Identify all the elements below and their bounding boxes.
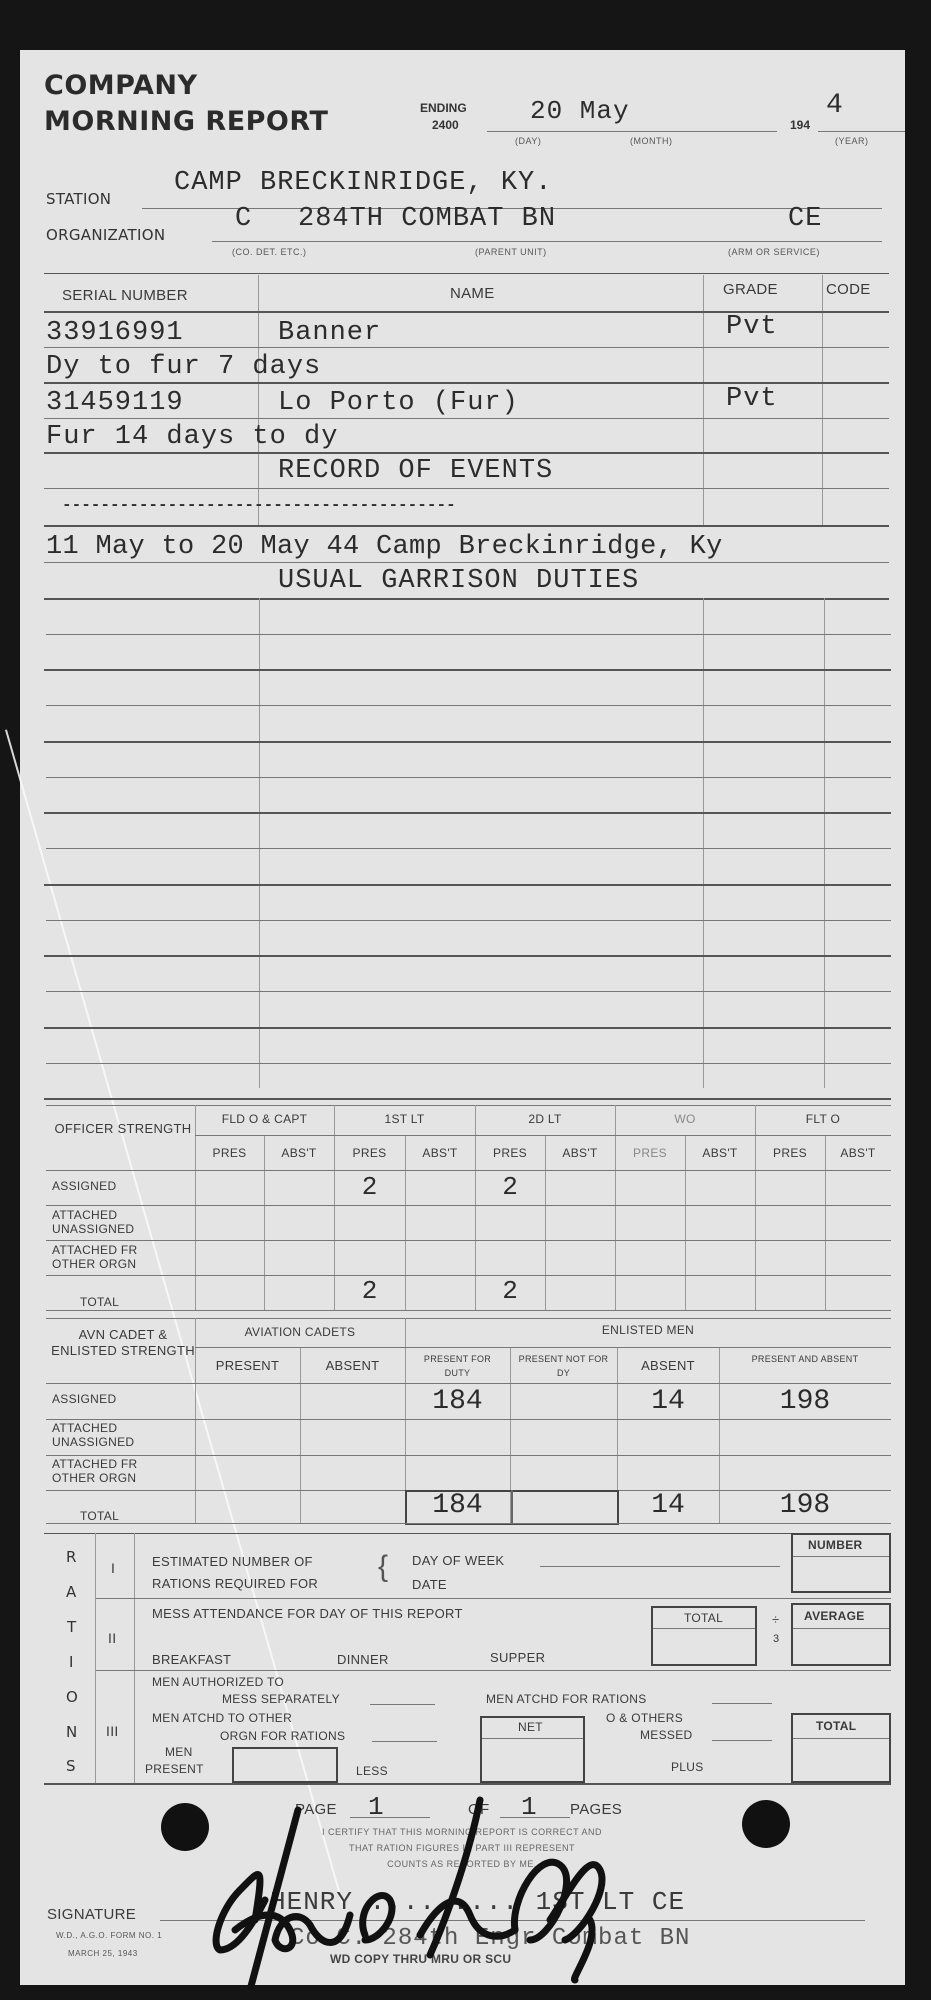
record-line-1: 11 May to 20 May 44 Camp Breckinridge, K… [46, 532, 723, 562]
row-rule [44, 562, 889, 563]
entry-serial: 33916991 [46, 318, 184, 348]
signature-label: SIGNATURE [47, 1906, 136, 1923]
row-rule [44, 669, 891, 671]
sub-pres: PRES [334, 1146, 405, 1160]
col-present-not-for-dy: PRESENT NOT FOR DY [515, 1352, 612, 1380]
row-label-attached-other: ATTACHED FR OTHER ORGN [52, 1243, 162, 1271]
row-rule [44, 488, 889, 489]
col-present-for-duty: PRESENT FOR DUTY [415, 1352, 500, 1380]
table-rule [46, 1170, 891, 1171]
row-rule [46, 848, 891, 849]
group-2d-lt: 2D LT [475, 1112, 615, 1126]
men-present-box[interactable] [232, 1747, 338, 1783]
number-label: NUMBER [808, 1538, 862, 1552]
station-label: STATION [46, 190, 111, 208]
table-top-rule [44, 273, 889, 274]
sub-abst: ABS'T [264, 1146, 334, 1160]
assigned-present-and-absent[interactable]: 198 [719, 1386, 891, 1417]
sub-pres: PRES [195, 1146, 264, 1160]
table-rule [46, 1205, 891, 1206]
table-rule [44, 1533, 891, 1534]
table-rule [46, 1523, 891, 1524]
men-present-b: PRESENT [145, 1762, 204, 1776]
assigned-present-for-duty[interactable]: 184 [405, 1386, 510, 1417]
year-digit[interactable]: 4 [826, 90, 844, 121]
column-serial-number: SERIAL NUMBER [62, 287, 188, 304]
assigned-1st-lt-pres[interactable]: 2 [334, 1172, 405, 1202]
col-divider [264, 1135, 265, 1310]
entry-remark: Fur 14 days to dy [46, 422, 338, 452]
section-1-text-a: ESTIMATED NUMBER OF [152, 1554, 313, 1569]
group-enlisted-men: ENLISTED MEN [405, 1323, 891, 1337]
officer-strength-label: OFFICER STRENGTH [48, 1120, 198, 1137]
box-divider [511, 1490, 513, 1523]
year-caption: (YEAR) [835, 136, 869, 146]
divisor: 3 [773, 1633, 779, 1645]
divide-symbol: ÷ [772, 1612, 779, 1627]
row-rule [46, 634, 891, 635]
orgn-for-rations-field[interactable] [372, 1741, 437, 1742]
day-of-week-field[interactable] [540, 1566, 780, 1567]
organization-arm[interactable]: CE [788, 204, 822, 234]
side-letter-i: I [69, 1653, 74, 1671]
table-rule [96, 1670, 891, 1671]
table-rule [195, 1135, 891, 1136]
form-number: W.D., A.G.O. FORM NO. 1 [56, 1931, 162, 1940]
plus-label: PLUS [671, 1760, 704, 1774]
table-rule [46, 1383, 891, 1384]
col-divider-3 [824, 598, 825, 1088]
brace: { [378, 1550, 388, 1584]
month-caption: (MONTH) [630, 136, 673, 146]
col-divider [685, 1135, 686, 1310]
side-letter-s: S [66, 1757, 76, 1775]
col-divider-2 [703, 598, 704, 1088]
group-wo: WO [615, 1112, 755, 1126]
row-rule [44, 598, 889, 600]
organization-underline [212, 241, 882, 242]
row-label-attached-other: ATTACHED FR OTHER ORGN [52, 1457, 162, 1485]
side-letter-t: T [67, 1618, 76, 1636]
side-letter-o: O [66, 1688, 78, 1706]
day-of-week-label: DAY OF WEEK [412, 1553, 504, 1568]
table-rule [46, 1310, 891, 1311]
row-rule [44, 812, 891, 814]
others-a: O & OTHERS [606, 1711, 683, 1725]
organization-parent-unit[interactable]: 284TH COMBAT BN [298, 204, 556, 234]
table-rule [46, 1318, 891, 1319]
sub-pres: PRES [475, 1146, 545, 1160]
less-label: LESS [356, 1764, 388, 1778]
record-of-events-heading: RECORD OF EVENTS [278, 456, 553, 486]
station-value[interactable]: CAMP BRECKINRIDGE, KY. [174, 168, 552, 198]
section-1-numeral: I [111, 1560, 115, 1576]
table-rule [46, 1419, 891, 1420]
total-label: TOTAL [684, 1611, 723, 1625]
organization-company[interactable]: C [235, 204, 252, 234]
row-rule [44, 525, 889, 527]
section-2-numeral: II [108, 1630, 116, 1646]
company-caption: (CO. DET. ETC.) [232, 247, 307, 257]
col-divider [405, 1135, 406, 1310]
col-divider [300, 1347, 301, 1523]
table-rule [195, 1347, 891, 1348]
section-3-total-label: TOTAL [816, 1719, 856, 1733]
punch-hole-right [742, 1800, 790, 1848]
form-title-line2: MORNING REPORT [44, 108, 328, 135]
row-rule [46, 705, 891, 706]
entry-grade: Pvt [726, 384, 778, 414]
table-rule [96, 1598, 891, 1599]
box-rule [793, 1738, 889, 1739]
box-rule [793, 1556, 889, 1557]
row-rule [46, 777, 891, 778]
table-rule [46, 1275, 891, 1276]
row-rule [44, 884, 891, 886]
entry-grade: Pvt [726, 312, 778, 342]
box-rule [793, 1628, 889, 1629]
atchd-rations-label: MEN ATCHD FOR RATIONS [486, 1692, 647, 1706]
enlisted-strength-label: AVN CADET & ENLISTED STRENGTH [48, 1327, 198, 1359]
col-cadets-present: PRESENT [195, 1358, 300, 1373]
men-present-a: MEN [165, 1745, 193, 1759]
row-label-attached-unassigned: ATTACHED UNASSIGNED [52, 1208, 162, 1236]
net-label: NET [518, 1720, 543, 1734]
col-divider [825, 1135, 826, 1310]
entry-remark: Dy to fur 7 days [46, 352, 321, 382]
breakfast-label: BREAKFAST [152, 1652, 231, 1667]
average-label: AVERAGE [804, 1609, 865, 1623]
col-divider [195, 1318, 196, 1523]
row-label-total: TOTAL [80, 1509, 119, 1523]
date-label: DATE [412, 1577, 447, 1592]
sub-abst: ABS'T [405, 1146, 475, 1160]
organization-label: ORGANIZATION [46, 226, 165, 244]
row-label-total: TOTAL [80, 1295, 119, 1309]
total-present-and-absent[interactable]: 198 [719, 1490, 891, 1521]
row-rule [44, 452, 889, 454]
column-code: CODE [826, 281, 871, 298]
column-grade: GRADE [723, 281, 778, 298]
group-fld-o-capt: FLD O & CAPT [195, 1112, 334, 1126]
sub-pres: PRES [755, 1146, 825, 1160]
date-underline [487, 131, 777, 132]
auth-text-a: MEN AUTHORIZED TO [152, 1675, 284, 1689]
mess-attendance-text: MESS ATTENDANCE FOR DAY OF THIS REPORT [152, 1606, 463, 1621]
row-rule [44, 741, 891, 743]
group-flt-o: FLT O [755, 1112, 891, 1126]
box-rule [482, 1738, 583, 1739]
col-divider [134, 1533, 135, 1783]
parent-caption: (PARENT UNIT) [475, 247, 547, 257]
col-present-and-absent: PRESENT AND ABSENT [730, 1352, 880, 1366]
col-divider [95, 1533, 96, 1783]
total-2d-lt-pres[interactable]: 2 [475, 1276, 545, 1306]
arm-caption: (ARM OR SERVICE) [728, 247, 820, 257]
others-messed-field[interactable] [712, 1740, 772, 1741]
assigned-absent[interactable]: 14 [617, 1386, 719, 1417]
row-rule [44, 347, 889, 348]
side-letter-r: R [66, 1548, 77, 1566]
row-rule [46, 1063, 891, 1064]
record-separator: ----------------------------------------… [62, 496, 456, 514]
total-absent[interactable]: 14 [617, 1490, 719, 1521]
col-cadets-absent: ABSENT [300, 1358, 405, 1373]
table-rule [46, 1455, 891, 1456]
year-prefix: 194 [790, 118, 810, 132]
group-aviation-cadets: AVIATION CADETS [195, 1325, 405, 1339]
auth-text-b: MESS SEPARATELY [222, 1692, 340, 1706]
col-divider [545, 1135, 546, 1310]
row-label-assigned: ASSIGNED [52, 1392, 116, 1406]
entry-name: Banner [278, 318, 381, 348]
column-name: NAME [450, 285, 495, 302]
row-rule [44, 1098, 891, 1100]
form-title-line1: COMPANY [44, 72, 198, 99]
side-letter-n: N [66, 1723, 78, 1741]
row-rule [44, 1027, 891, 1029]
sub-abst: ABS'T [685, 1146, 755, 1160]
sub-abst: ABS'T [545, 1146, 615, 1160]
ending-time: 2400 [432, 118, 459, 132]
section-1-text-b: RATIONS REQUIRED FOR [152, 1576, 318, 1591]
box-rule [653, 1628, 755, 1629]
col-divider-1 [259, 598, 260, 1088]
row-rule [44, 418, 889, 419]
sub-pres: PRES [615, 1146, 685, 1160]
col-absent: ABSENT [617, 1358, 719, 1373]
side-letter-a: A [66, 1583, 77, 1601]
row-rule [46, 920, 891, 921]
row-label-attached-unassigned: ATTACHED UNASSIGNED [52, 1421, 162, 1449]
dinner-label: DINNER [337, 1652, 389, 1667]
row-rule [44, 955, 891, 957]
others-b: MESSED [640, 1728, 692, 1742]
entry-serial: 31459119 [46, 388, 184, 418]
atchd-text-b: ORGN FOR RATIONS [220, 1729, 345, 1743]
record-line-2: USUAL GARRISON DUTIES [278, 566, 639, 596]
handwritten-signature [180, 1790, 700, 1990]
table-rule [44, 1783, 891, 1785]
table-rule [46, 1240, 891, 1241]
day-caption: (DAY) [515, 136, 541, 146]
row-label-assigned: ASSIGNED [52, 1179, 116, 1193]
row-rule [46, 991, 891, 992]
group-1st-lt: 1ST LT [334, 1112, 475, 1126]
ending-label: ENDING [420, 101, 467, 115]
supper-label: SUPPER [490, 1650, 545, 1665]
total-present-for-duty[interactable]: 184 [405, 1490, 510, 1521]
total-1st-lt-pres[interactable]: 2 [334, 1276, 405, 1306]
entry-name: Lo Porto (Fur) [278, 388, 519, 418]
atchd-rations-field[interactable] [712, 1703, 772, 1704]
report-date[interactable]: 20 May [530, 96, 630, 126]
sub-abst: ABS'T [825, 1146, 891, 1160]
mess-separately-field[interactable] [370, 1704, 435, 1705]
year-underline [818, 131, 905, 132]
table-rule [46, 1105, 891, 1106]
assigned-2d-lt-pres[interactable]: 2 [475, 1172, 545, 1202]
atchd-text-a: MEN ATCHD TO OTHER [152, 1711, 292, 1725]
form-date: MARCH 25, 1943 [68, 1949, 138, 1958]
section-3-numeral: III [106, 1723, 119, 1739]
